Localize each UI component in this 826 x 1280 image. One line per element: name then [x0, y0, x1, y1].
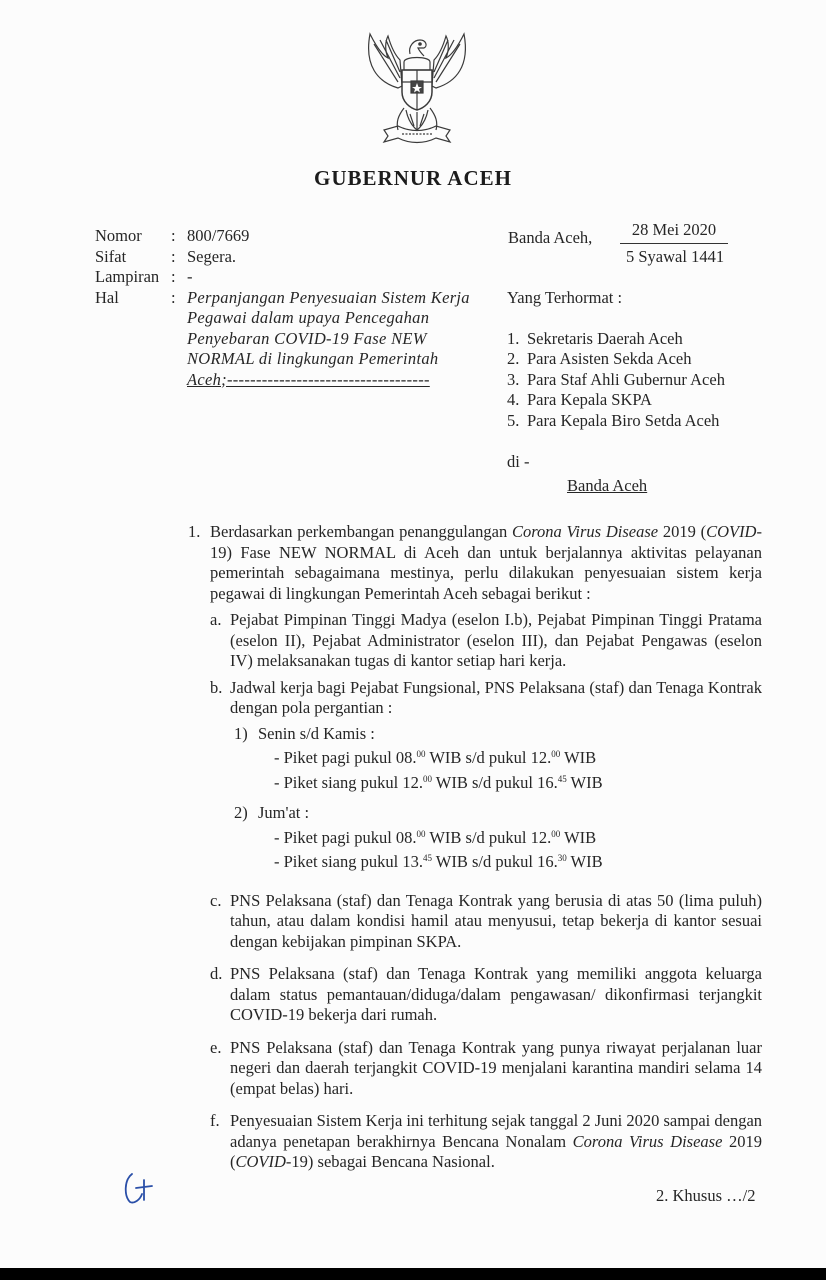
handwritten-initial-icon: [122, 1170, 156, 1206]
recipient-list: 1.Sekretaris Daerah Aceh 2.Para Asisten …: [507, 329, 725, 432]
recipient-item: 3.Para Staf Ahli Gubernur Aceh: [507, 370, 725, 391]
item-d: d. PNS Pelaksana (staf) dan Tenaga Kontr…: [210, 964, 762, 1026]
item-a: a. Pejabat Pimpinan Tinggi Madya (eselon…: [210, 610, 762, 672]
item-b: b. Jadwal kerja bagi Pejabat Fungsional,…: [210, 678, 762, 719]
di-label: di -: [507, 452, 725, 473]
shift-row: - Piket siang pukul 12.00 WIB s/d pukul …: [274, 773, 762, 794]
schedule-day-2: 2) Jum'at :: [234, 803, 762, 824]
recipients-block: Yang Terhormat : 1.Sekretaris Daerah Ace…: [507, 288, 725, 496]
meta-hal: Hal : Perpanjangan Penyesuaian Sistem Ke…: [95, 288, 477, 391]
schedule-day-1: 1) Senin s/d Kamis :: [234, 724, 762, 745]
item-e: e. PNS Pelaksana (staf) dan Tenaga Kontr…: [210, 1038, 762, 1100]
letter-urgency: Segera.: [187, 247, 236, 268]
letter-body: 1. Berdasarkan perkembangan penanggulang…: [188, 522, 762, 1173]
letterhead-title: GUBERNUR ACEH: [0, 166, 826, 191]
date-city: Banda Aceh,: [508, 228, 592, 248]
shift-row: - Piket pagi pukul 08.00 WIB s/d pukul 1…: [274, 828, 762, 849]
letter-page: GUBERNUR ACEH Nomor : 800/7669 Sifat : S…: [0, 0, 826, 1268]
shift-row: - Piket siang pukul 13.45 WIB s/d pukul …: [274, 852, 762, 873]
shift-row: - Piket pagi pukul 08.00 WIB s/d pukul 1…: [274, 748, 762, 769]
letter-subject: Perpanjangan Penyesuaian Sistem Kerja Pe…: [187, 288, 477, 391]
date-hijri: 5 Syawal 1441: [626, 247, 724, 267]
date-gregorian: 28 Mei 2020: [620, 220, 728, 244]
meta-sifat: Sifat : Segera.: [95, 247, 477, 268]
next-page-reference: 2. Khusus …/2: [656, 1186, 755, 1206]
paragraph-1: 1. Berdasarkan perkembangan penanggulang…: [188, 522, 762, 604]
salutation: Yang Terhormat :: [507, 288, 725, 309]
item-c: c. PNS Pelaksana (staf) dan Tenaga Kontr…: [210, 891, 762, 953]
meta-lampiran: Lampiran : -: [95, 267, 477, 288]
recipient-item: 5.Para Kepala Biro Setda Aceh: [507, 411, 725, 432]
garuda-emblem-icon: [358, 26, 476, 152]
recipient-item: 2.Para Asisten Sekda Aceh: [507, 349, 725, 370]
letter-number: 800/7669: [187, 226, 249, 247]
letter-meta: Nomor : 800/7669 Sifat : Segera. Lampira…: [95, 226, 477, 390]
recipient-item: 1.Sekretaris Daerah Aceh: [507, 329, 725, 350]
letter-attachment: -: [187, 267, 193, 288]
item-f: f. Penyesuaian Sistem Kerja ini terhitun…: [210, 1111, 762, 1173]
destination-place: Banda Aceh: [567, 476, 725, 497]
meta-nomor: Nomor : 800/7669: [95, 226, 477, 247]
recipient-item: 4.Para Kepala SKPA: [507, 390, 725, 411]
screen-bottom-bar: [0, 1268, 826, 1280]
